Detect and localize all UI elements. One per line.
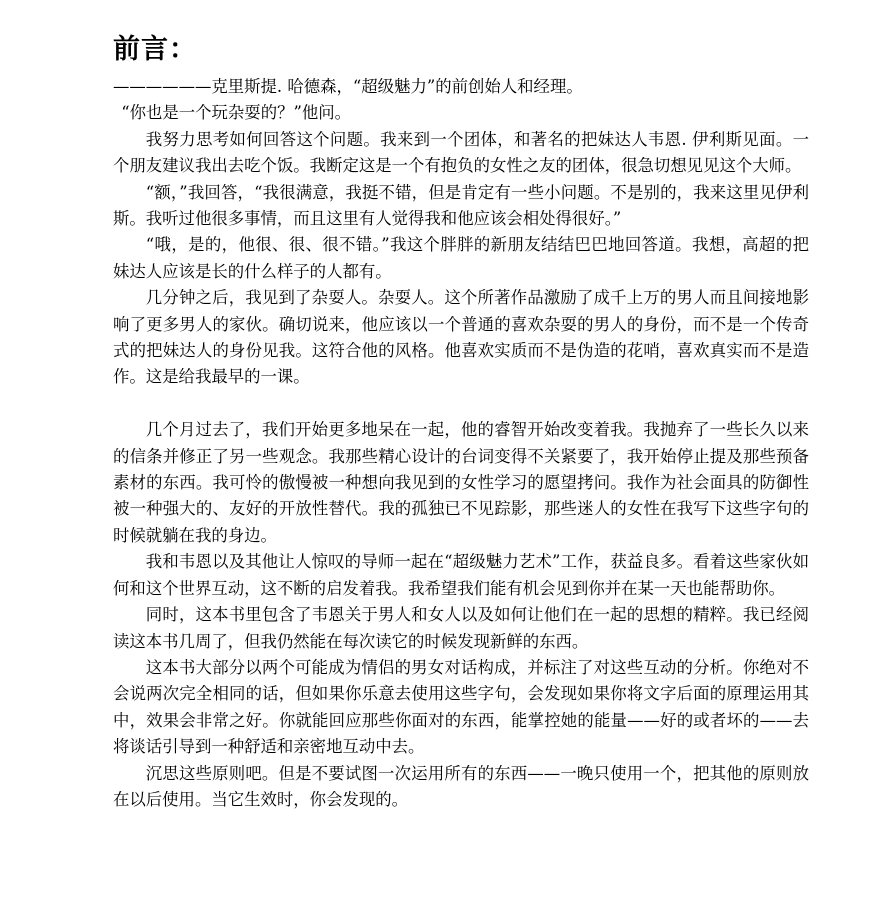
page-title: 前言：: [113, 30, 809, 70]
paragraph-spacer: [113, 391, 809, 417]
paragraph-9: 这本书大部分以两个可能成为情侣的男女对话构成，并标注了对这些互动的分析。你绝对不…: [113, 655, 809, 761]
paragraph-6: 几个月过去了，我们开始更多地呆在一起，他的睿智开始改变着我。我抛弃了一些长久以来…: [113, 417, 809, 549]
paragraph-8: 同时，这本书里包含了韦恩关于男人和女人以及如何让他们在一起的思想的精粹。我已经阅…: [113, 602, 809, 655]
paragraph-4: “哦，是的，他很、很、很不错。”我这个胖胖的新朋友结结巴巴地回答道。我想，高超的…: [113, 232, 809, 285]
paragraph-10: 沉思这些原则吧。但是不要试图一次运用所有的东西——一晚只使用一个，把其他的原则放…: [113, 761, 809, 814]
document-page: 前言： ——————克里斯提. 哈德森，“超级魅力”的前创始人和经理。 “你也是…: [113, 30, 809, 813]
paragraph-3: “额，”我回答，“我很满意，我挺不错，但是肯定有一些小问题。不是别的，我来这里见…: [113, 180, 809, 233]
attribution-line: ——————克里斯提. 哈德森，“超级魅力”的前创始人和经理。: [113, 74, 809, 100]
paragraph-2: 我努力思考如何回答这个问题。我来到一个团体，和著名的把妹达人韦恩. 伊利斯见面。…: [113, 127, 809, 180]
paragraph-5: 几分钟之后，我见到了杂耍人。杂耍人。这个所著作品激励了成千上万的男人而且间接地影…: [113, 285, 809, 391]
paragraph-7: 我和韦恩以及其他让人惊叹的导师一起在“超级魅力艺术”工作，获益良多。看着这些家伙…: [113, 549, 809, 602]
paragraph-1: “你也是一个玩杂耍的？”他问。: [113, 100, 809, 126]
